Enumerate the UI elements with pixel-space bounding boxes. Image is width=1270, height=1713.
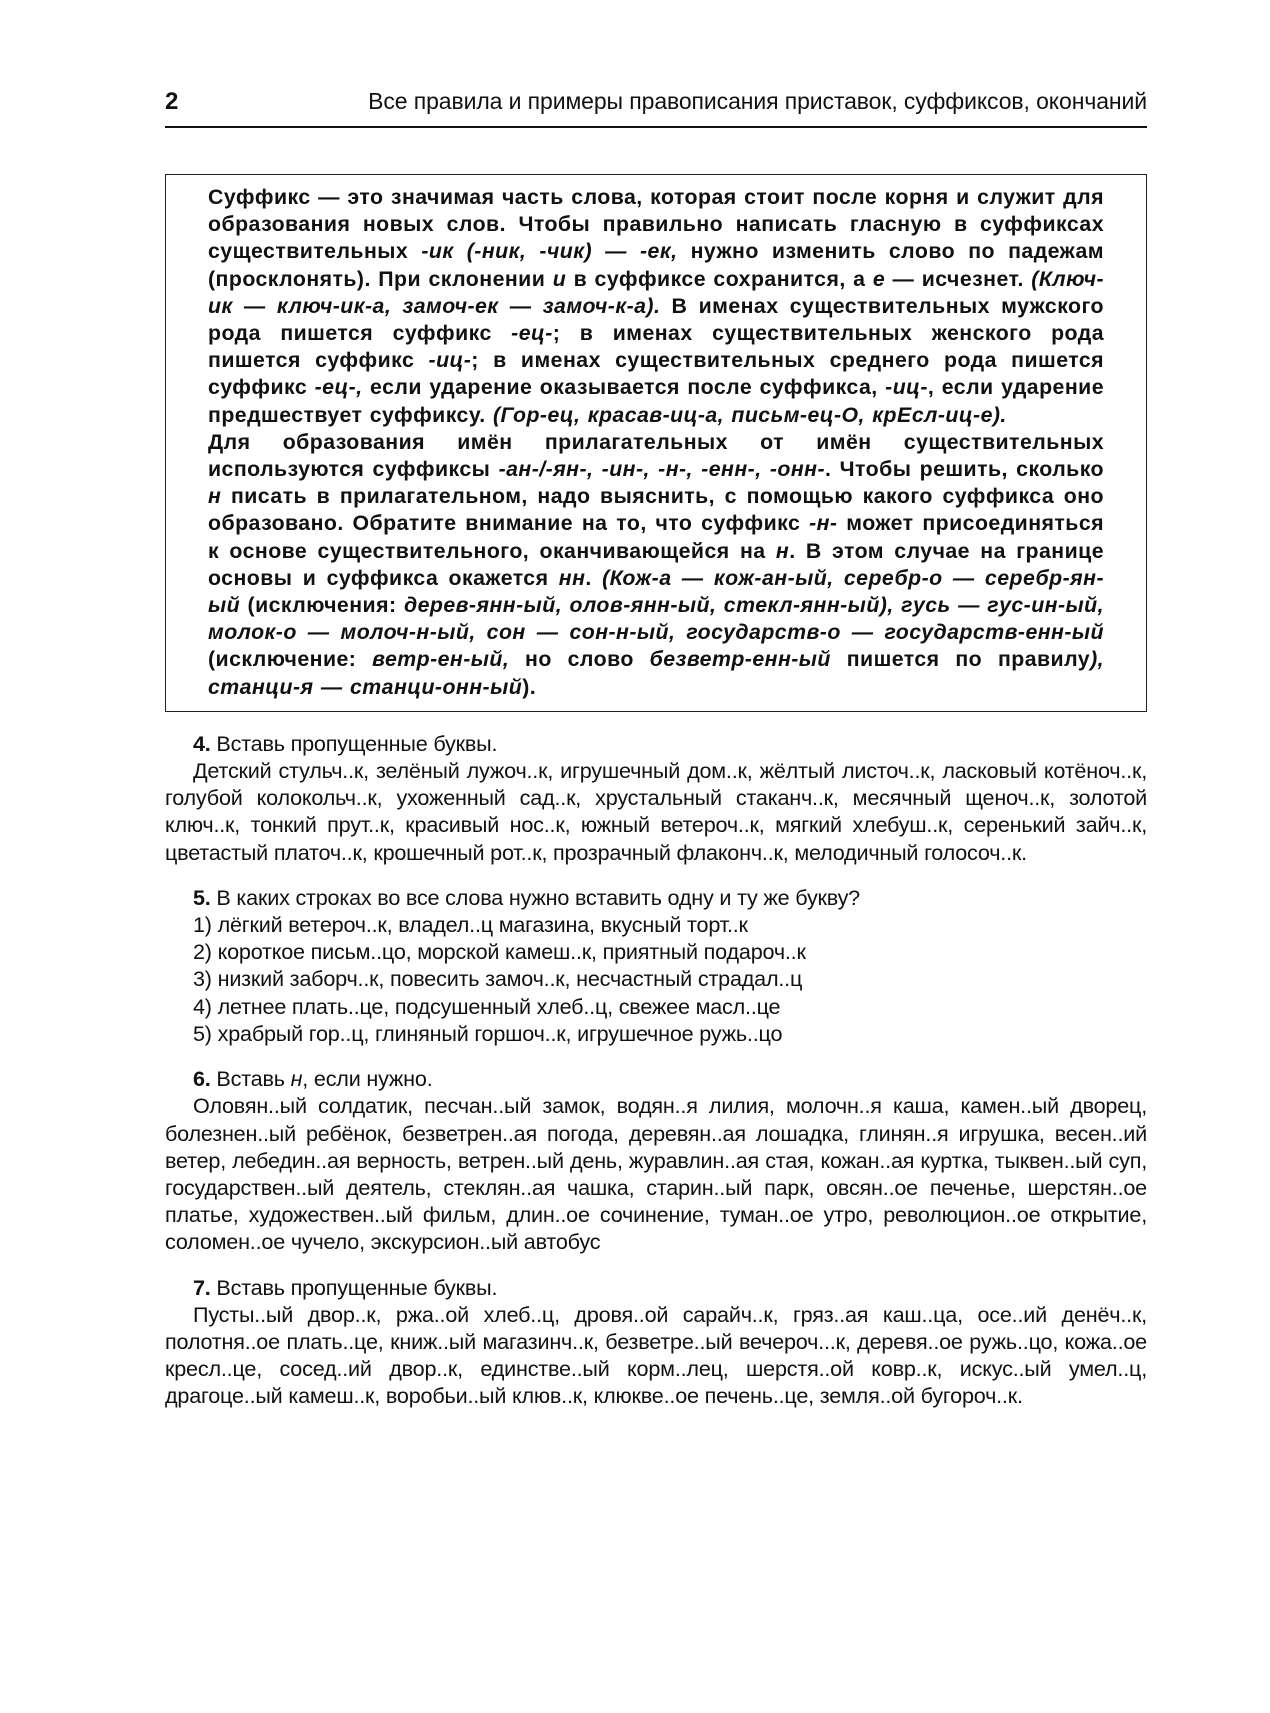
exercise-task: 7. Вставь пропущенные буквы. xyxy=(165,1274,1147,1301)
page-header: 2 Все правила и примеры правописания при… xyxy=(165,88,1147,128)
exercise-instruction: Вставь пропущенные буквы. xyxy=(216,1275,497,1300)
exercise-7: 7. Вставь пропущенные буквы. Пусты..ый д… xyxy=(165,1274,1147,1410)
answer-option: 3) низкий заборч..к, повесить замоч..к, … xyxy=(193,965,1147,992)
exercise-6: 6. Вставь н, если нужно. Оловян..ый солд… xyxy=(165,1065,1147,1255)
page-number: 2 xyxy=(165,88,265,116)
exercise-number: 5. xyxy=(193,885,211,910)
exercise-4: 4. Вставь пропущенные буквы. Детский сту… xyxy=(165,730,1147,866)
exercise-5: 5. В каких строках во все слова нужно вс… xyxy=(165,884,1147,1047)
rule-box: Суффикс — это значимая часть слова, кото… xyxy=(165,174,1147,712)
exercise-task: 5. В каких строках во все слова нужно вс… xyxy=(165,884,1147,911)
answer-option: 5) храбрый гор..ц, глиняный горшоч..к, и… xyxy=(193,1020,1147,1047)
rule-paragraph-1: Суффикс — это значимая часть слова, кото… xyxy=(208,184,1104,429)
answer-options: 1) лёгкий ветероч..к, владел..ц магазина… xyxy=(165,911,1147,1047)
exercise-number: 4. xyxy=(193,731,211,756)
exercise-instruction: В каких строках во все слова нужно встав… xyxy=(216,885,860,910)
exercise-task: 4. Вставь пропущенные буквы. xyxy=(165,730,1147,757)
running-title: Все правила и примеры правописания прист… xyxy=(265,88,1147,115)
answer-option: 1) лёгкий ветероч..к, владел..ц магазина… xyxy=(193,911,1147,938)
exercise-text: Пусты..ый двор..к, ржа..ой хлеб..ц, дров… xyxy=(165,1301,1147,1410)
exercise-text: Оловян..ый солдатик, песчан..ый замок, в… xyxy=(165,1092,1147,1255)
exercise-number: 6. xyxy=(193,1066,211,1091)
exercise-task: 6. Вставь н, если нужно. xyxy=(165,1065,1147,1092)
rule-paragraph-2: Для образования имён прилагательных от и… xyxy=(208,429,1104,701)
exercise-text: Детский стульч..к, зелёный лужоч..к, игр… xyxy=(165,757,1147,866)
book-page: 2 Все правила и примеры правописания при… xyxy=(165,88,1147,1410)
exercise-instruction: Вставь пропущенные буквы. xyxy=(216,731,497,756)
exercise-number: 7. xyxy=(193,1275,211,1300)
answer-option: 2) короткое письм..цо, морской камеш..к,… xyxy=(193,938,1147,965)
answer-option: 4) летнее плать..це, подсушенный хлеб..ц… xyxy=(193,993,1147,1020)
exercise-instruction: Вставь н, если нужно. xyxy=(216,1066,432,1091)
